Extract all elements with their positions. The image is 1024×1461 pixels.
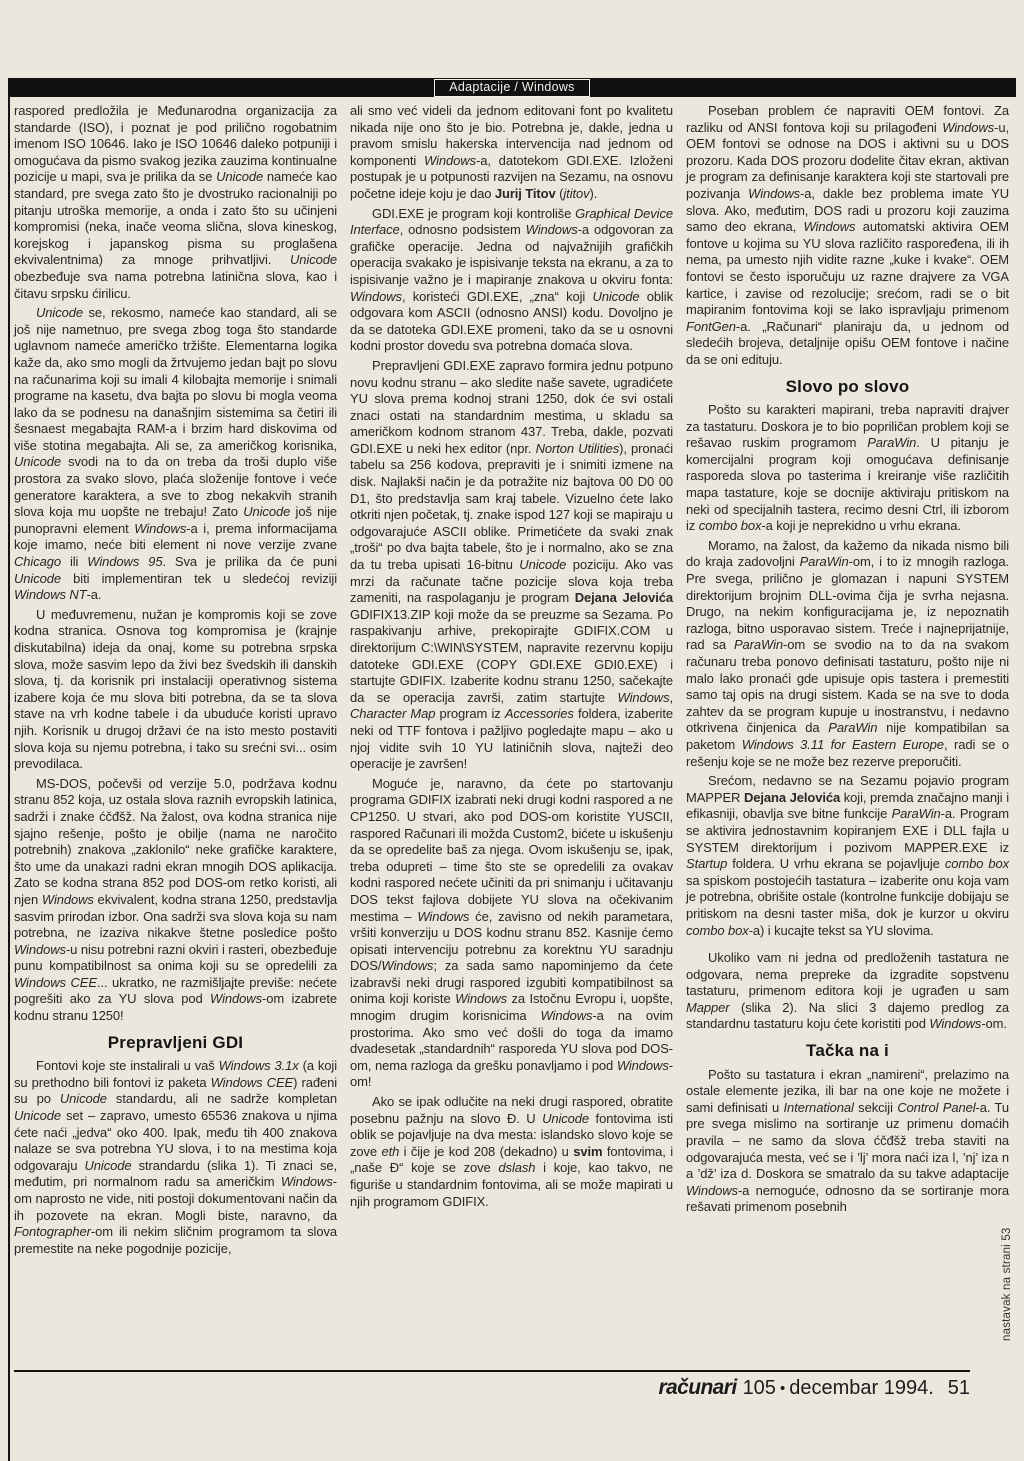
article-column: raspored predložila je Međunarodna organ…	[14, 103, 337, 1260]
continuation-note: nastavak na strani 53	[1001, 1181, 1013, 1341]
article-column: ali smo već videli da jednom editovani f…	[350, 103, 673, 1260]
article-paragraph: Moguće je, naravno, da ćete po startovan…	[350, 776, 673, 1091]
section-heading: Prepravljeni GDI	[14, 1035, 337, 1052]
article-paragraph: Ukoliko vam ni jedna od predloženih tast…	[686, 950, 1009, 1033]
article-paragraph: Prepravljeni GDI.EXE zapravo formira jed…	[350, 358, 673, 773]
article-paragraph: GDI.EXE je program koji kontroliše Graph…	[350, 206, 673, 355]
article-paragraph: Fontovi koje ste instalirali u vaš Windo…	[14, 1058, 337, 1257]
article-paragraph: Pošto su karakteri mapirani, treba napra…	[686, 402, 1009, 535]
article-paragraph: MS-DOS, počevši od verzije 5.0, podržava…	[14, 776, 337, 1025]
section-heading: Tačka na i	[686, 1043, 1009, 1060]
article-paragraph: Srećom, nedavno se na Sezamu pojavio pro…	[686, 773, 1009, 939]
article-paragraph: Ako se ipak odlučite na neki drugi raspo…	[350, 1094, 673, 1210]
section-header-bar: Adaptacije / Windows	[8, 78, 1016, 97]
article-paragraph: Pošto su tastatura i ekran „namireni“, p…	[686, 1067, 1009, 1216]
page-left-rule	[8, 78, 10, 1461]
article-paragraph: Poseban problem će napraviti OEM fontovi…	[686, 103, 1009, 369]
footer-rule	[14, 1370, 970, 1372]
article-paragraph: Moramo, na žalost, da kažemo da nikada n…	[686, 538, 1009, 770]
article-paragraph: ali smo već videli da jednom editovani f…	[350, 103, 673, 203]
section-header-title: Adaptacije / Windows	[434, 79, 590, 97]
section-heading: Slovo po slovo	[686, 379, 1009, 396]
article-paragraph: Unicode se, rekosmo, nameće kao standard…	[14, 305, 337, 604]
article-paragraph: raspored predložila je Međunarodna organ…	[14, 103, 337, 302]
article-column: Poseban problem će napraviti OEM fontovi…	[686, 103, 1009, 1260]
issue-number: 105	[743, 1377, 776, 1399]
page-footer: računari105•decembar 1994.51	[14, 1376, 970, 1400]
article-body: raspored predložila je Međunarodna organ…	[14, 103, 1009, 1260]
magazine-logo: računari	[658, 1376, 736, 1399]
footer-bullet: •	[780, 1380, 785, 1397]
footer-date: decembar 1994.	[789, 1377, 934, 1399]
page-number: 51	[948, 1377, 970, 1399]
article-paragraph: U međuvremenu, nužan je kompromis koji s…	[14, 607, 337, 773]
